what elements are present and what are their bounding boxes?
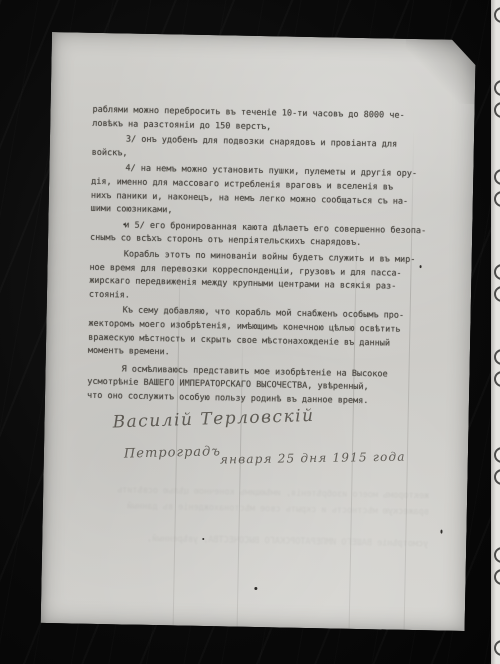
binder-ring: [494, 349, 500, 365]
binder-ring: [494, 371, 500, 387]
binder-ring: [494, 469, 500, 485]
signature-handwriting: Василій Терловскій: [112, 406, 315, 433]
binder-ring: [494, 264, 500, 280]
binder-ring: [494, 286, 500, 302]
document-page: раблями можно перебросить въ теченіе 10-…: [41, 32, 476, 631]
ink-speck: [254, 587, 257, 590]
bleedthrough-text: вражескую мѣстность и скрыть свое мѣстон…: [69, 500, 429, 517]
binder-ring: [494, 547, 500, 563]
bleedthrough-text: усмотрѣніе ВАШЕГО ИМПЕРАТОРСКАГО ВЫСОЧЕС…: [68, 532, 428, 549]
typed-text-block: раблями можно перебросить въ теченіе 10-…: [87, 104, 429, 410]
binder-ring: [494, 102, 500, 118]
binder-ring: [494, 569, 500, 585]
binder-ring: [494, 640, 500, 656]
corner-fold: [405, 39, 476, 104]
ink-speck: [440, 530, 442, 534]
binder-ring: [494, 191, 500, 207]
place-handwriting: Петроградъ: [124, 444, 221, 461]
binder-strip: [491, 0, 500, 664]
binder-ring: [494, 80, 500, 96]
binder-ring: [494, 7, 500, 23]
date-handwriting: января 25 дня 1915 года: [220, 450, 406, 467]
scan-background: раблями можно перебросить въ теченіе 10-…: [0, 0, 500, 664]
bleedthrough-text: жекторомъ моего изобрѣтенія, имѣющимъ ко…: [69, 484, 429, 501]
binder-ring: [494, 169, 500, 185]
binder-ring: [494, 447, 500, 463]
